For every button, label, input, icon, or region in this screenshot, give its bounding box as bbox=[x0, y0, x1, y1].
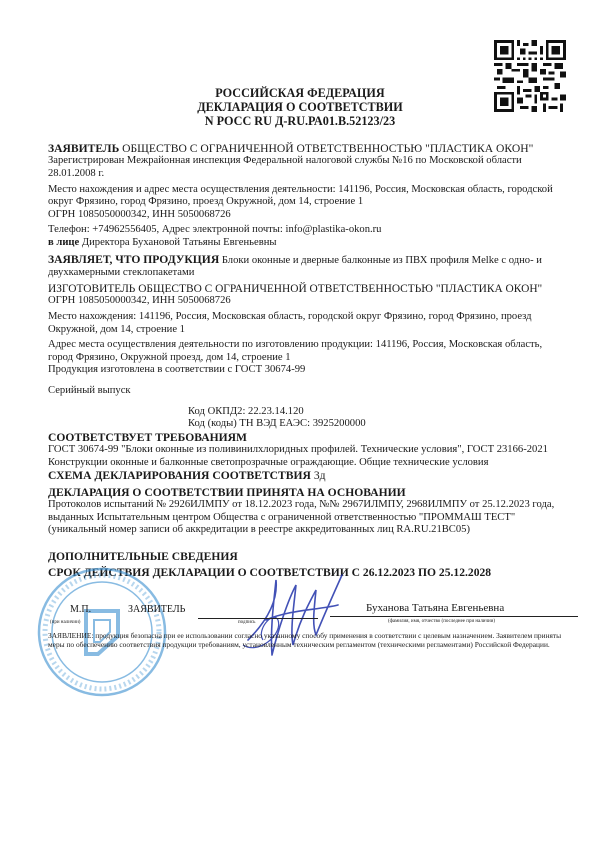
signature-caption: подпись bbox=[238, 620, 255, 625]
document-body: ЗАЯВИТЕЛЬ ОБЩЕСТВО С ОГРАНИЧЕННОЙ ОТВЕТС… bbox=[48, 142, 568, 580]
basis-label: ДЕКЛАРАЦИЯ О СООТВЕТСТВИИ ПРИНЯТА НА ОСН… bbox=[48, 486, 568, 499]
applicant-address: Место нахождения и адрес места осуществл… bbox=[48, 184, 568, 209]
manufacturer-ogrn-inn: ОГРН 1085050000342, ИНН 5050068726 bbox=[48, 295, 568, 308]
applicant-contacts: Телефон: +74962556405, Адрес электронной… bbox=[48, 224, 568, 237]
declaration-number: N РОСС RU Д-RU.РА01.В.52123/23 bbox=[0, 114, 600, 128]
declaration-title: ДЕКЛАРАЦИЯ О СООТВЕТСТВИИ bbox=[0, 100, 600, 114]
product-label: ЗАЯВЛЯЕТ, ЧТО ПРОДУКЦИЯ bbox=[48, 253, 219, 266]
product-standard: Продукция изготовлена в соответствии с Г… bbox=[48, 364, 568, 377]
scheme-value: 3д bbox=[314, 469, 326, 482]
scheme-label: СХЕМА ДЕКЛАРИРОВАНИЯ СООТВЕТСТВИЯ bbox=[48, 469, 311, 482]
product-line: ЗАЯВЛЯЕТ, ЧТО ПРОДУКЦИЯ Блоки оконные и … bbox=[48, 253, 568, 280]
safety-statement: ЗАЯВЛЕНИЕ: продукция безопасна при ее ис… bbox=[48, 631, 568, 650]
applicant-ogrn-inn: ОГРН 1085050000342, ИНН 5050068726 bbox=[48, 209, 568, 222]
stamp-place-caption: (при наличии) bbox=[50, 620, 80, 625]
signer-full-name: Буханова Татьяна Евгеньевна bbox=[366, 602, 504, 614]
represented-label: в лице bbox=[48, 237, 79, 248]
okpd2-code: Код ОКПД2: 22.23.14.120 bbox=[48, 406, 568, 419]
applicant-name: ОБЩЕСТВО С ОГРАНИЧЕННОЙ ОТВЕТСТВЕННОСТЬЮ… bbox=[122, 142, 533, 155]
represented-by: Директора Бухановой Татьяны Евгеньевны bbox=[82, 237, 277, 248]
tn-ved-code: Код (коды) ТН ВЭД ЕАЭС: 3925200000 bbox=[48, 418, 568, 431]
applicant-line: ЗАЯВИТЕЛЬ ОБЩЕСТВО С ОГРАНИЧЕННОЙ ОТВЕТС… bbox=[48, 142, 568, 155]
country-title: РОССИЙСКАЯ ФЕДЕРАЦИЯ bbox=[0, 86, 600, 100]
document-title: РОССИЙСКАЯ ФЕДЕРАЦИЯ ДЕКЛАРАЦИЯ О СООТВЕ… bbox=[0, 86, 600, 128]
manufacturer-location: Место нахождения: 141196, Россия, Москов… bbox=[48, 311, 568, 336]
manufacturer-name: ИЗГОТОВИТЕЛЬ ОБЩЕСТВО С ОГРАНИЧЕННОЙ ОТВ… bbox=[48, 283, 568, 296]
signature-block: М.П. (при наличии) ЗАЯВИТЕЛЬ подпись Бух… bbox=[48, 598, 578, 628]
full-name-line bbox=[330, 616, 578, 617]
stamp-place-label: М.П. bbox=[70, 604, 91, 615]
full-name-caption: (фамилия, имя, отчество (последнее при н… bbox=[388, 619, 495, 624]
signature-line bbox=[198, 618, 318, 619]
basis-text: Протоколов испытаний № 2926ИЛМПУ от 18.1… bbox=[48, 499, 568, 537]
applicant-representative: в лице Директора Бухановой Татьяны Евген… bbox=[48, 237, 568, 250]
applicant-sign-label: ЗАЯВИТЕЛЬ bbox=[128, 604, 185, 615]
scheme-line: СХЕМА ДЕКЛАРИРОВАНИЯ СООТВЕТСТВИЯ 3д bbox=[48, 469, 568, 482]
release-type: Серийный выпуск bbox=[48, 385, 568, 398]
applicant-label: ЗАЯВИТЕЛЬ bbox=[48, 142, 119, 155]
requirements-text: ГОСТ 30674-99 "Блоки оконные из поливини… bbox=[48, 444, 568, 469]
requirements-label: СООТВЕТСТВУЕТ ТРЕБОВАНИЯМ bbox=[48, 431, 568, 444]
production-address: Адрес места осуществления деятельности п… bbox=[48, 339, 568, 364]
applicant-registration: Зарегистрирован Межрайонная инспекция Фе… bbox=[48, 155, 568, 180]
